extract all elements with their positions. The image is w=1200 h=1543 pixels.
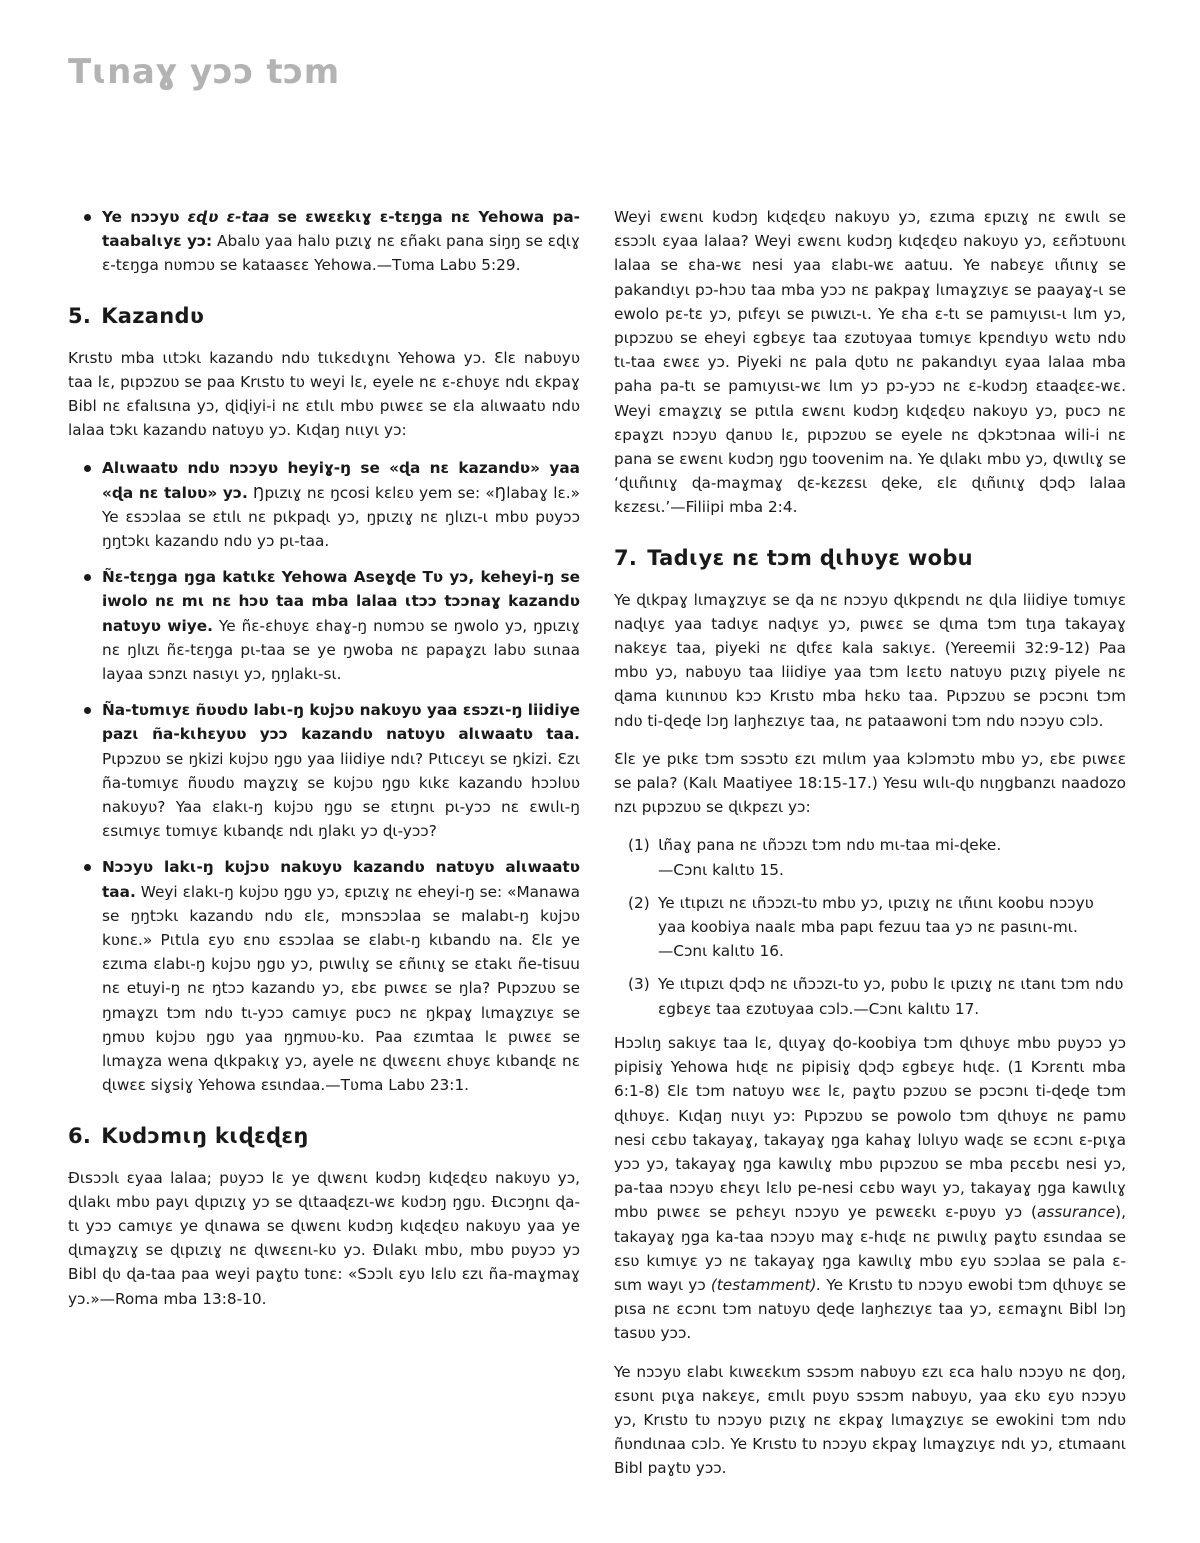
section7-paragraph-2: Ɛlɛ ye pɩkɛ tɔm sɔsɔtʋ ɛzɩ mɩlɩm yaa kɔl… xyxy=(614,747,1126,820)
bullet-icon xyxy=(84,574,91,581)
step-item: (2)Ye ɩtɩpɩzɩ nɛ ɩñɔɔzɩ-tʋ mbʋ yɔ, ɩpɩzɩ… xyxy=(614,891,1126,964)
section7-paragraph-1: Ye ɖɩkpaɣ lɩmaɣzɩyɛ se ɖa nɛ nɔɔyʋ ɖɩkpɛ… xyxy=(614,588,1126,733)
section5-intro: Krɩstʋ mba ɩɩtɔkɩ kazandʋ ndʋ tɩɩkɛdɩɣnɩ… xyxy=(68,346,580,443)
section7-paragraph-4: Ye nɔɔyʋ ɛlabɩ kɩwɛɛkɩm sɔsɔm nabʋyʋ ɛzɩ… xyxy=(614,1360,1126,1481)
step-item: (3)Ye ɩtɩpɩzɩ ɖɔɖɔ nɛ ɩñɔɔzɩ-tʋ yɔ, pʋbʋ… xyxy=(614,972,1126,1020)
step-item: (1)Ɩñaɣ pana nɛ ɩñɔɔzɩ tɔm ndʋ mɩ-taa mi… xyxy=(614,833,1126,881)
intro-bullet-list: Ye nɔɔyʋ ɛɖʋ ɛ-taa se ɛwɛɛkɩɣ ɛ-tɛŋga nɛ… xyxy=(68,205,580,278)
bullet-icon xyxy=(84,707,91,714)
bullet-icon xyxy=(84,214,91,221)
section-heading-6: 6.Kʋdɔmɩŋ kɩɖɛɖɛŋ xyxy=(68,1122,580,1150)
bullet-icon xyxy=(84,864,91,871)
running-head: Tɩnaɣ yɔɔ tɔm xyxy=(68,52,340,92)
intro-bullet: Ye nɔɔyʋ ɛɖʋ ɛ-taa se ɛwɛɛkɩɣ ɛ-tɛŋga nɛ… xyxy=(68,205,580,278)
section7-paragraph-3: Hɔɔlɩŋ sakɩyɛ taa lɛ, ɖɩɩyaɣ ɖo-koobiya … xyxy=(614,1031,1126,1346)
section-heading-5: 5.Kazandʋ xyxy=(68,302,580,330)
section6-continuation: Weyi ɛwɛnɩ kʋdɔŋ kɩɖɛɖɛʋ nakʋyʋ yɔ, ɛzɩm… xyxy=(614,205,1126,520)
section5-bullets: Alɩwaatʋ ndʋ nɔɔyʋ heyiɣ-ŋ se «ɖa nɛ kaz… xyxy=(68,456,580,1097)
bullet-icon xyxy=(84,465,91,472)
right-column: Weyi ɛwɛnɩ kʋdɔŋ kɩɖɛɖɛʋ nakʋyʋ yɔ, ɛzɩm… xyxy=(614,205,1126,1495)
list-item: Nɔɔyʋ lakɩ-ŋ kʋjɔʋ nakʋyʋ kazandʋ natʋyʋ… xyxy=(68,855,580,1097)
section-heading-7: 7.Tadɩyɛ nɛ tɔm ɖɩhʋyɛ wobu xyxy=(614,544,1126,572)
steps-list: (1)Ɩñaɣ pana nɛ ɩñɔɔzɩ tɔm ndʋ mɩ-taa mi… xyxy=(614,833,1126,1020)
list-item: Ña-tʋmɩyɛ ñʋʋdʋ labɩ-ŋ kʋjɔʋ nakʋyʋ yaa … xyxy=(68,698,580,843)
list-item: Ñɛ-tɛŋga ŋga katɩkɛ Yehowa Aseɣɖe Tʋ yɔ,… xyxy=(68,565,580,686)
list-item: Alɩwaatʋ ndʋ nɔɔyʋ heyiɣ-ŋ se «ɖa nɛ kaz… xyxy=(68,456,580,553)
section6-paragraph: Đɩsɔɔlɩ ɛyaa lalaa; pʋyɔɔ lɛ ye ɖɩwɛnɩ k… xyxy=(68,1166,580,1311)
step-reference: —Cɔnɩ kalɩtʋ 16. xyxy=(658,942,784,960)
left-column: Ye nɔɔyʋ ɛɖʋ ɛ-taa se ɛwɛɛkɩɣ ɛ-tɛŋga nɛ… xyxy=(68,205,580,1325)
step-reference: —Cɔnɩ kalɩtʋ 15. xyxy=(658,861,784,879)
